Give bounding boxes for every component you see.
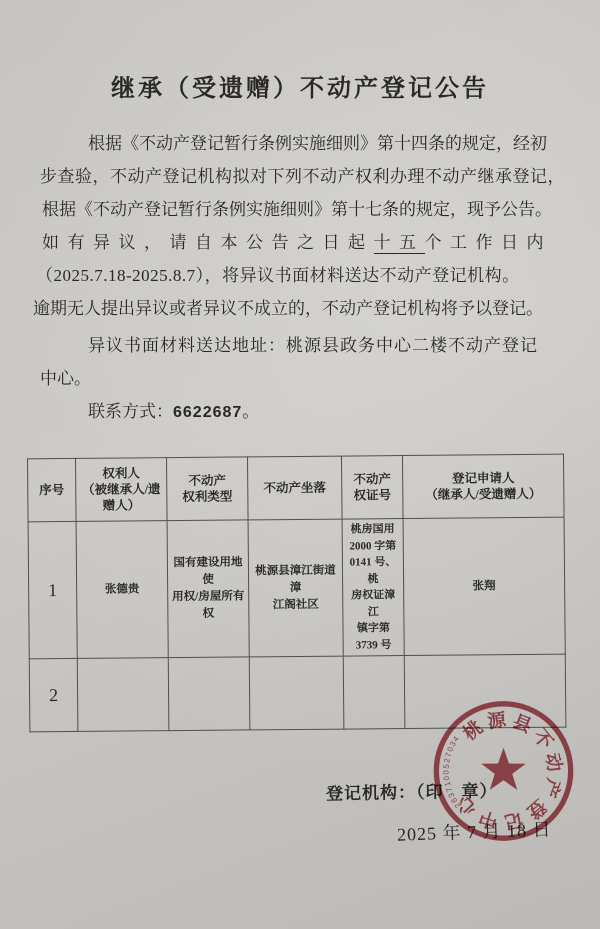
page-title: 继承（受遗赠）不动产登记公告 xyxy=(0,68,600,103)
header-cert-no: 不动产 权证号 xyxy=(342,456,404,520)
photographed-document: { "page": { "title": "继承（受遗赠）不动产登记公告" },… xyxy=(0,0,600,929)
body-paragraph2-line2: （2025.7.18-2025.8.7），将异议书面材料送达不动产登记机构。 xyxy=(36,261,520,286)
body-paragraph2-line3: 逾期无人提出异议或者异议不成立的，不动产登记机构将予以登记。 xyxy=(33,294,543,319)
objection-period-prefix: 如有异议，请自本公告之日起 xyxy=(42,233,374,252)
objection-period-days-underlined: 十五 xyxy=(374,233,425,254)
row2-location xyxy=(249,656,344,730)
contact-label: 联系方式： xyxy=(88,402,173,421)
svg-text:不: 不 xyxy=(529,726,557,753)
svg-text:动: 动 xyxy=(542,751,566,773)
table-row: 1 张德贵 国有建设用地使 用权/房屋所有 权 桃源县漳江街道漳 江阁社区 桃房… xyxy=(28,517,565,659)
row1-cert-no: 桃房国用 2000 字第 0141 号、桃 房权证漳江 镇字第 3739 号 xyxy=(342,519,404,657)
svg-text:5: 5 xyxy=(442,764,451,769)
official-seal: 桃源县不动产登记中心 4307250017382 xyxy=(429,698,578,844)
header-serial-no: 序号 xyxy=(28,458,77,521)
svg-text:县: 县 xyxy=(510,711,535,737)
row1-serial-no: 1 xyxy=(28,521,77,658)
seal-star-icon xyxy=(481,748,525,790)
table-header-row: 序号 权利人 （被继承人/遗 赠人） 不动产 权利类型 不动产坐落 不动产 权证… xyxy=(28,454,565,522)
body-paragraph2-line1: 如有异议，请自本公告之日起十五个工作日内 xyxy=(42,228,552,253)
objection-period-suffix: 个工作日内 xyxy=(425,233,553,252)
contact-line-end: 。 xyxy=(242,402,259,421)
row1-location: 桃源县漳江街道漳 江阁社区 xyxy=(248,519,343,657)
svg-text:0: 0 xyxy=(442,775,452,781)
body-paragraph1-line3: 根据《不动产登记暂行条例实施细则》第十七条的规定，现予公告。 xyxy=(42,195,552,220)
svg-text:0: 0 xyxy=(442,769,451,774)
row2-serial-no: 2 xyxy=(29,658,78,731)
svg-text:记: 记 xyxy=(502,809,525,833)
row2-owner xyxy=(77,658,169,732)
registration-table: 序号 权利人 （被继承人/遗 赠人） 不动产 权利类型 不动产坐落 不动产 权证… xyxy=(27,454,566,733)
svg-text:1: 1 xyxy=(443,781,453,787)
svg-text:产: 产 xyxy=(539,776,565,801)
header-right-type: 不动产 权利类型 xyxy=(167,457,249,521)
contact-phone-number: 6622687 xyxy=(173,404,242,421)
header-owner: 权利人 （被继承人/遗 赠人） xyxy=(76,458,168,522)
row1-applicant: 张翔 xyxy=(403,517,565,655)
svg-text:中: 中 xyxy=(476,807,500,833)
contact-line: 联系方式：6622687。 xyxy=(88,397,259,422)
header-location: 不动产坐落 xyxy=(248,456,343,520)
body-paragraph1-line2: 步查验，不动产登记机构拟对下列不动产权利办理不动产继承登记， xyxy=(40,162,565,187)
row1-right-type: 国有建设用地使 用权/房屋所有 权 xyxy=(167,520,249,658)
delivery-address-line1: 异议书面材料送达地址：桃源县政务中心二楼不动产登记 xyxy=(88,331,538,356)
row2-right-type xyxy=(168,657,250,731)
body-paragraph1-line1: 根据《不动产登记暂行条例实施细则》第十四条的规定，经初 xyxy=(88,129,547,154)
header-applicant: 登记申请人 （继承人/受遗赠人） xyxy=(403,454,565,518)
svg-text:源: 源 xyxy=(486,710,508,732)
delivery-address-line2: 中心。 xyxy=(40,364,91,389)
row1-owner: 张德贵 xyxy=(76,521,168,659)
row2-cert-no xyxy=(343,656,405,730)
